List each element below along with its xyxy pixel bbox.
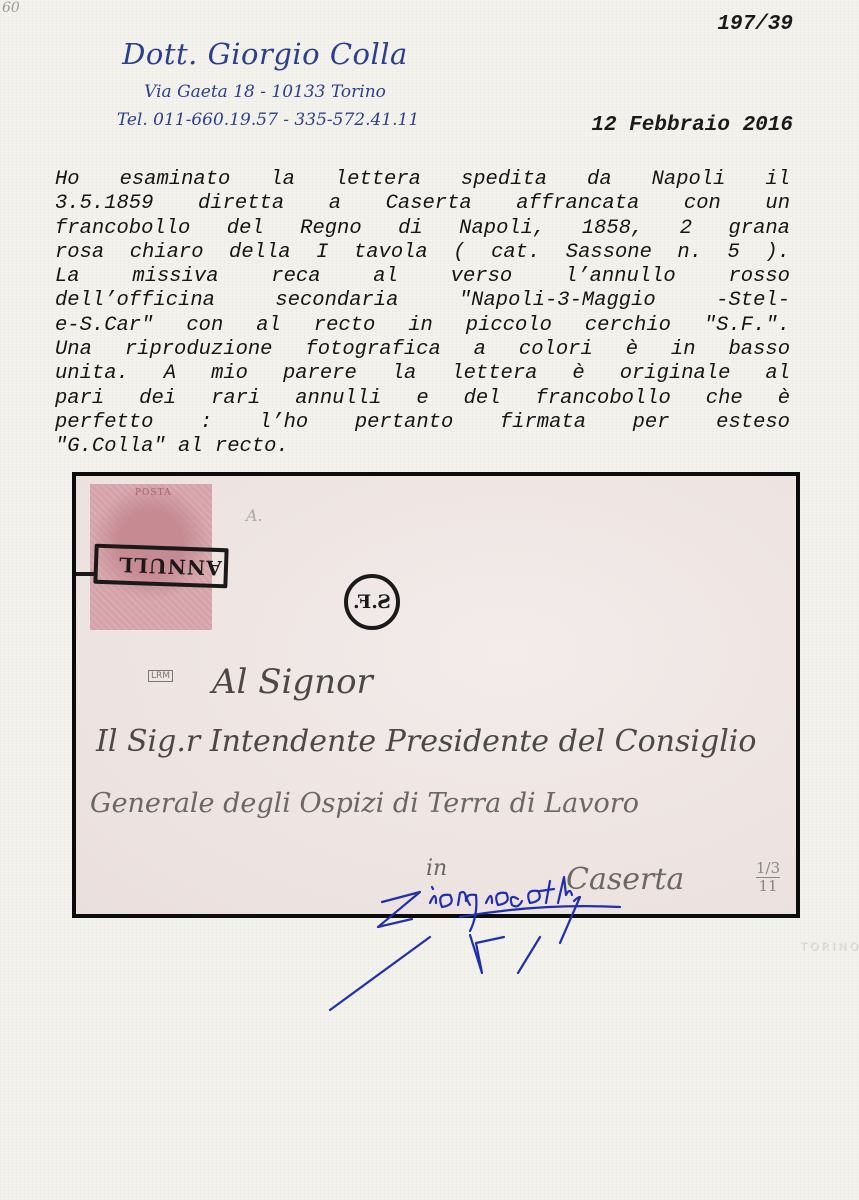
body-line: La missiva reca al verso l’annullo rosso xyxy=(55,265,790,289)
annullato-text: ANNULL xyxy=(118,553,222,581)
body-line: francobollo del Regno di Napoli, 1858, 2… xyxy=(55,217,790,241)
body-line: e-S.Car" con al recto in piccolo cerchio… xyxy=(55,314,790,338)
pencil-mark: A. xyxy=(246,506,263,525)
expert-mark: LRM xyxy=(148,670,173,682)
body-line: Una riproduzione fotografica a colori è … xyxy=(55,338,790,362)
cancel-dash xyxy=(76,572,94,576)
body-line: perfetto : l’ho pertanto firmata per est… xyxy=(55,411,790,435)
address-line-2: Il Sig.r Intendente Presidente del Consi… xyxy=(96,724,756,759)
certificate-number: 197/39 xyxy=(717,13,793,36)
embossed-seal: TORINO xyxy=(800,940,859,1010)
body-line: 3.5.1859 diretta a Caserta affrancata co… xyxy=(55,192,790,216)
address-line-3: Generale degli Ospizi di Terra di Lavoro xyxy=(90,788,639,819)
sf-text: S.F. xyxy=(353,591,391,613)
fraction-top: 1/3 xyxy=(756,860,780,877)
cover-photograph: POSTA ANNULL A. S.F. LRM Al Signor Il Si… xyxy=(72,472,800,918)
letterhead-telephone: Tel. 011-660.19.57 - 335-572.41.11 xyxy=(106,106,430,134)
sf-circle-cancel-icon: S.F. xyxy=(344,574,400,630)
certificate-date: 12 Febbraio 2016 xyxy=(591,114,793,137)
certificate-body: Ho esaminato la lettera spedita da Napol… xyxy=(55,168,790,460)
signature-icon xyxy=(320,855,640,1015)
fraction-bottom: 11 xyxy=(756,877,780,895)
body-line: rosa chiaro della I tavola ( cat. Sasson… xyxy=(55,241,790,265)
pencil-note: 60 xyxy=(2,0,20,16)
body-line: "G.Colla" al recto. xyxy=(55,435,790,459)
stamp-header: POSTA xyxy=(135,488,172,498)
letterhead-address: Via Gaeta 18 - 10133 Torino xyxy=(100,78,430,106)
letterhead: Dott. Giorgio Colla Via Gaeta 18 - 10133… xyxy=(100,34,430,134)
body-line: pari dei rari annulli e del francobollo … xyxy=(55,387,790,411)
letterhead-name: Dott. Giorgio Colla xyxy=(100,34,430,74)
body-line: unita. A mio parere la lettera è origina… xyxy=(55,362,790,386)
body-line: Ho esaminato la lettera spedita da Napol… xyxy=(55,168,790,192)
address-line-1: Al Signor xyxy=(212,662,373,702)
annullato-cancel-icon: ANNULL xyxy=(93,544,228,589)
body-line: dell’officina secondaria "Napoli-3-Maggi… xyxy=(55,289,790,313)
rate-fraction: 1/3 11 xyxy=(756,860,780,895)
